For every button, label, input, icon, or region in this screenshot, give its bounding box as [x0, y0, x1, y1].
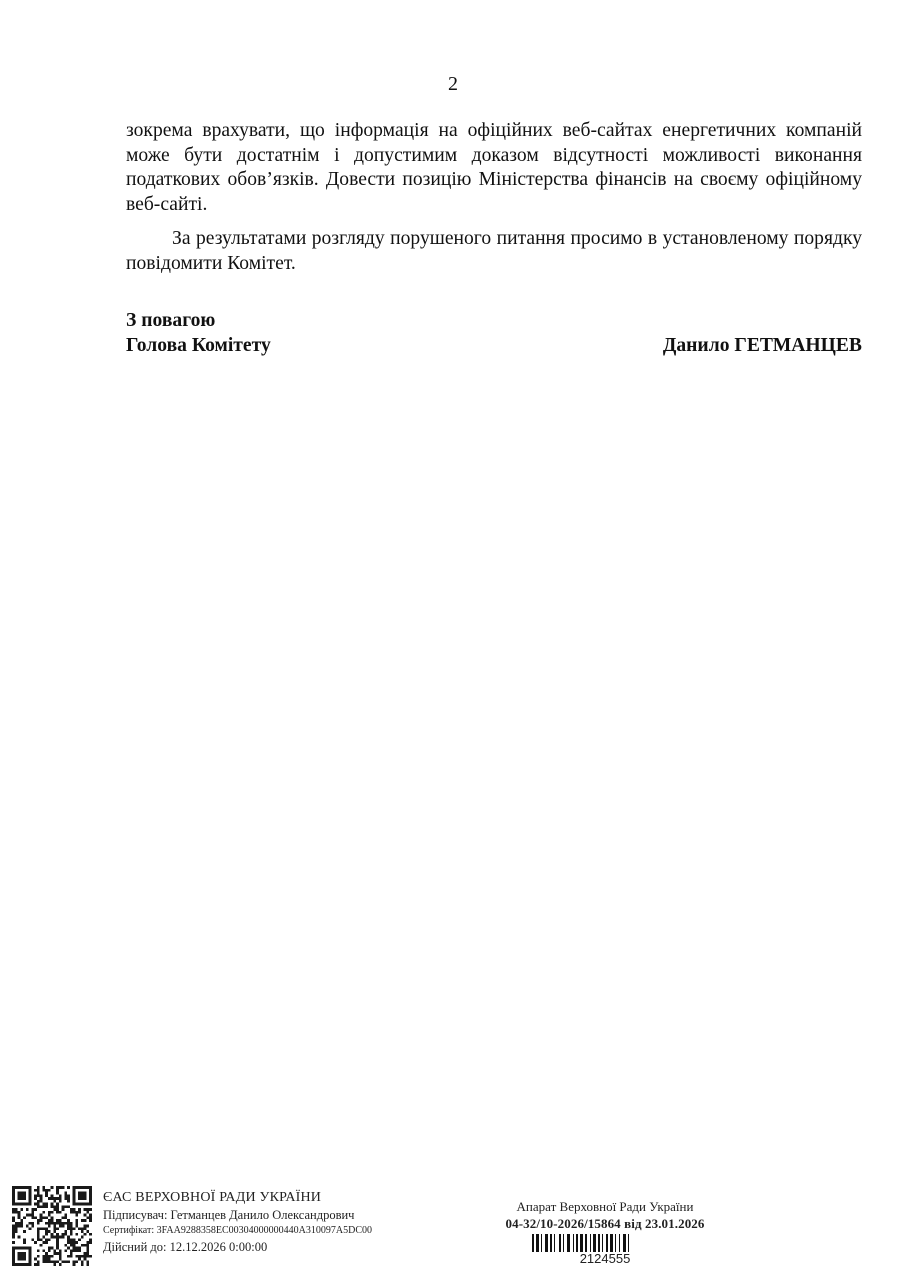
- registration-organization: Апарат Верховної Ради України: [495, 1198, 715, 1215]
- eds-valid-until: Дійсний до: 12.12.2026 0:00:00: [103, 1239, 372, 1256]
- registration-block: Апарат Верховної Ради України 04-32/10-2…: [495, 1198, 715, 1266]
- signature-closing: З повагою: [126, 308, 862, 333]
- electronic-signature-block: ЄАС ВЕРХОВНОЇ РАДИ УКРАЇНИ Підписувач: Г…: [103, 1189, 372, 1256]
- signature-block: З повагою Голова Комітету Данило ГЕТМАНЦ…: [126, 308, 862, 358]
- paragraph-2: За результатами розгляду порушеного пита…: [126, 227, 862, 276]
- eds-certificate: Сертифікат: 3FAA9288358EC00304000000440A…: [103, 1223, 372, 1239]
- paragraph-1: зокрема врахувати, що інформація на офіц…: [126, 119, 862, 217]
- signature-name: Данило ГЕТМАНЦЕВ: [663, 333, 862, 358]
- registration-number: 04-32/10-2026/15864 від 23.01.2026: [495, 1215, 715, 1232]
- barcode-icon: [532, 1234, 678, 1252]
- barcode-number: 2124555: [495, 1252, 715, 1266]
- eds-title: ЄАС ВЕРХОВНОЇ РАДИ УКРАЇНИ: [103, 1189, 372, 1207]
- eds-signer: Підписувач: Гетманцев Данило Олександров…: [103, 1207, 372, 1223]
- qr-code-icon: [12, 1186, 92, 1266]
- page-number: 2: [0, 72, 906, 96]
- signature-row: Голова Комітету Данило ГЕТМАНЦЕВ: [126, 333, 862, 358]
- signature-position: Голова Комітету: [126, 333, 271, 358]
